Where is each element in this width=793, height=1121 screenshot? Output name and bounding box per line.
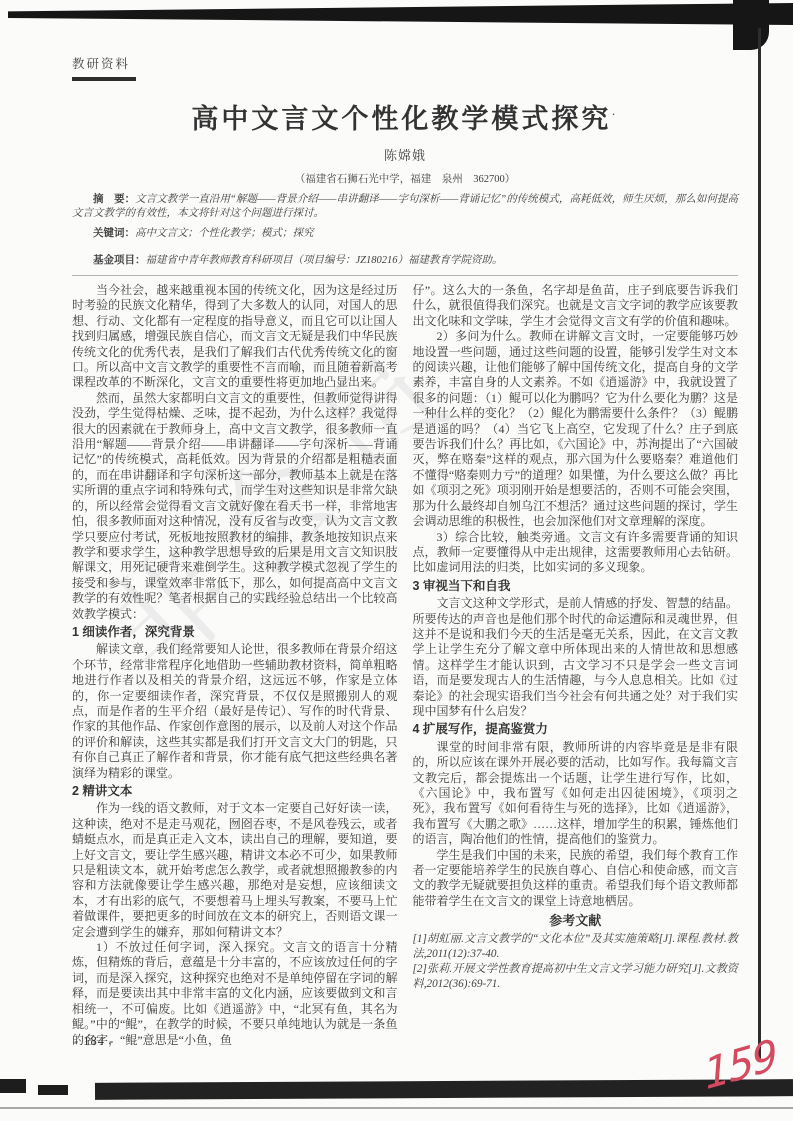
abstract-text: 文言文教学一直沿用“解题——背景介绍——串讲翻译——字句深析——背诵记忆”的传统…: [72, 194, 738, 219]
right-column: 仔”。这么大的一条鱼，名字却是鱼苗，庄子到底要告诉我们什么，就很值得我们深究。也…: [413, 283, 739, 1048]
abstract-label: 摘 要：: [93, 193, 135, 205]
fund-label: 基金项目：: [93, 254, 146, 266]
body-paragraph: 然而，虽然大家都明白文言文的重要性，但教师觉得讲得没劲，学生觉得枯燥、乏味，提不…: [72, 391, 398, 622]
section-heading-3: 3 审视当下和自我: [413, 579, 739, 594]
body-paragraph: 文言文这种文学形式，是前人情感的抒发、智慧的结晶。所要传达的声音也是他们那个时代…: [413, 596, 739, 719]
body-paragraph: 作为一线的语文教师，对于文本一定要自己好好读一读，这种读，绝对不是走马观花，囫囵…: [72, 801, 398, 940]
abstract: 摘 要：文言文教学一直沿用“解题——背景介绍——串讲翻译——字句深析——背诵记忆…: [72, 193, 738, 220]
body-paragraph: 学生是我们中国的未来，民族的希望，我们每个教育工作者一定要能培养学生的民族自尊心…: [413, 848, 739, 910]
scan-edge-bottom-sliver: [0, 1079, 26, 1093]
scanned-page: 非会员 159 教研资料 高中文言文个性化教学模式探究· 陈嫦娥 （福建省石狮石…: [0, 0, 793, 1121]
scan-edge-bottom: [95, 1079, 793, 1100]
two-column-body: 当今社会，越来越重视本国的传统文化，因为这是经过历时考验的民族文化精华，得到了大…: [72, 283, 738, 1048]
header-underline: [72, 77, 136, 81]
body-paragraph: 课堂的时间非常有限，教师所讲的内容毕竟是是非有限的，所以应该在课外开展必要的活动…: [413, 740, 739, 848]
left-column: 当今社会，越来越重视本国的传统文化，因为这是经过历时考验的民族文化精华，得到了大…: [72, 283, 398, 1048]
header-body-divider: [72, 275, 738, 276]
author-name: 陈嫦娥: [72, 145, 738, 164]
body-paragraph: 2）多问为什么。教师在讲解文言文时，一定要能够巧妙地设置一些问题，通过这些问题的…: [413, 329, 739, 529]
section-heading-2: 2 精讲文本: [72, 784, 398, 799]
reference-item: [1]胡虹丽.文言文教学的“文化本位”及其实施策略[J].课程.教材.教法,20…: [413, 932, 739, 962]
scan-edge-bottom-line: [0, 1107, 793, 1109]
keywords: 关键词：高中文言文；个性化教学；模式；探究: [72, 227, 738, 241]
keywords-text: 高中文言文；个性化教学；模式；探究: [135, 228, 314, 239]
article-content: 教研资料 高中文言文个性化教学模式探究· 陈嫦娥 （福建省石狮石光中学，福建 泉…: [72, 54, 738, 1048]
title-text: 高中文言文个性化教学模式探究: [191, 104, 611, 134]
section-heading-1: 1 细读作者，深究背景: [72, 625, 398, 640]
scan-edge-top: [8, 3, 793, 25]
scan-edge-corner: [733, 0, 769, 50]
title-footnote-mark: ·: [611, 106, 618, 121]
body-paragraph: 3）综合比较，触类旁通。文言文有许多需要背诵的知识点，教师一定要懂得从中走出规律…: [413, 530, 739, 576]
body-paragraph: 仔”。这么大的一条鱼，名字却是鱼苗，庄子到底要告诉我们什么，就很值得我们深究。也…: [413, 283, 739, 329]
body-paragraph: 解读文章，我们经常要知人论世，很多教师在背景介绍这个环节，经常非常程序化地借助一…: [72, 642, 398, 781]
column-header-label: 教研资料: [72, 54, 738, 72]
keywords-label: 关键词：: [93, 227, 135, 239]
body-paragraph: 1）不放过任何字词，深入探究。文言文的语言十分精炼，但精炼的背后，意蕴是十分丰富…: [72, 940, 398, 1048]
reference-item: [2]张莉.开展文学性教育提高初中生文言文学习能力研究[J].文教资料,2012…: [413, 962, 739, 992]
body-paragraph: 当今社会，越来越重视本国的传统文化，因为这是经过历时考验的民族文化精华，得到了大…: [72, 283, 398, 391]
scan-edge-bottom-blob: [38, 1085, 68, 1095]
references-heading: 参考文献: [413, 913, 739, 928]
section-heading-4: 4 扩展写作，提高鉴赏力: [413, 722, 739, 737]
author-affiliation: （福建省石狮石光中学，福建 泉州 362700）: [72, 171, 738, 186]
article-title: 高中文言文个性化教学模式探究·: [72, 97, 738, 136]
fund-text: 福建省中青年教师教育科研项目（项目编号：JZ180216）福建教育学院资助。: [146, 255, 503, 266]
page-number: - 184 -: [74, 1034, 114, 1049]
fund-note: 基金项目：福建省中青年教师教育科研项目（项目编号：JZ180216）福建教育学院…: [72, 254, 738, 268]
scan-edge-right: [758, 28, 761, 1062]
